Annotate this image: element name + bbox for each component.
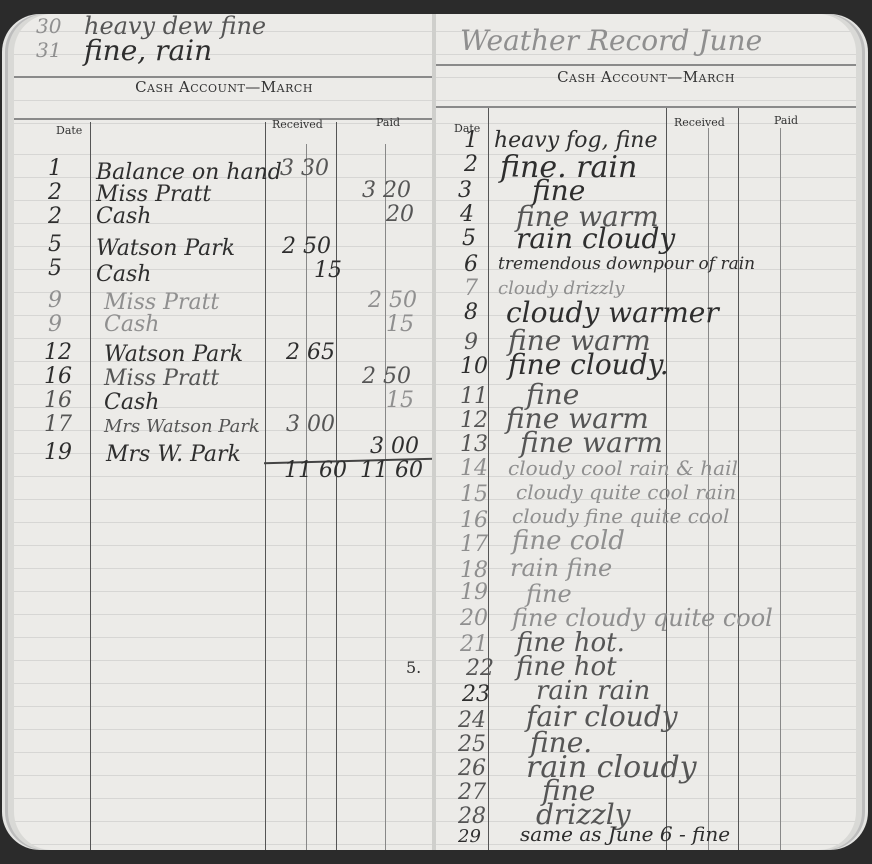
entry-description: Watson Park — [96, 236, 235, 261]
entry-description: Cash — [104, 312, 159, 337]
weather-date: 27 — [458, 780, 486, 805]
entry-date: 16 — [44, 364, 72, 389]
weather-date: 26 — [458, 756, 486, 781]
entry-date: 17 — [44, 412, 72, 437]
weather-text: cloudy cool rain & hail — [508, 456, 738, 480]
header-rule — [14, 118, 434, 120]
entry-description: Mrs Watson Park — [104, 416, 260, 437]
paid-cents-rule — [385, 144, 386, 850]
header-rule — [436, 106, 856, 108]
paid-column-header: Paid — [774, 114, 798, 127]
weather-date: 12 — [460, 408, 488, 433]
entry-date: 16 — [44, 388, 72, 413]
weather-date: 9 — [464, 330, 478, 355]
entry-date: 2 — [48, 204, 62, 229]
entry-date: 12 — [44, 340, 72, 365]
weather-date: 21 — [460, 632, 488, 657]
weather-date: 1 — [464, 128, 478, 153]
total-paid: 11 60 — [360, 458, 423, 483]
top-note-date: 31 — [36, 38, 61, 62]
left-page-title: Cash Account—March — [14, 78, 434, 96]
left-page: Cash Account—March Date Received Paid 30… — [14, 14, 434, 850]
weather-date: 8 — [464, 300, 478, 325]
weather-date: 4 — [460, 202, 474, 227]
date-column-rule — [488, 108, 489, 850]
entry-description: Mrs W. Park — [106, 442, 241, 467]
weather-text: fine cloudy. — [508, 348, 669, 381]
entry-description: Cash — [96, 204, 151, 229]
received-column-header: Received — [674, 116, 725, 129]
entry-date: 5 — [48, 232, 62, 257]
top-note-text: fine, rain — [84, 34, 212, 67]
weather-text: cloudy fine quite cool — [512, 504, 729, 528]
entry-received: 3 00 — [286, 412, 335, 437]
weather-date: 13 — [460, 432, 488, 457]
entry-paid: 3 20 — [362, 178, 411, 203]
entry-paid: 2 50 — [362, 364, 411, 389]
entry-date: 19 — [44, 440, 72, 465]
title-rule-top — [436, 64, 856, 66]
date-column-header: Date — [56, 124, 82, 137]
weather-date: 5 — [462, 226, 476, 251]
weather-date: 20 — [460, 606, 488, 631]
entry-date: 9 — [48, 312, 62, 337]
entry-received: 3 30 — [280, 156, 329, 181]
weather-date: 6 — [464, 252, 478, 277]
entry-received: 15 — [314, 258, 342, 283]
total-received: 11 60 — [284, 458, 347, 483]
entry-date: 5 — [48, 256, 62, 281]
entry-date: 1 — [48, 156, 62, 181]
weather-text: cloudy quite cool rain — [516, 480, 736, 504]
entry-description: Watson Park — [104, 342, 243, 367]
date-column-rule — [90, 122, 91, 850]
weather-date: 17 — [460, 532, 488, 557]
weather-date: 2 — [464, 152, 478, 177]
weather-date: 3 — [458, 178, 472, 203]
entry-paid: 3 00 — [370, 434, 419, 459]
right-page: Weather Record June Cash Account—March D… — [436, 14, 856, 850]
paid-cents-rule — [780, 128, 781, 850]
weather-date: 22 — [466, 656, 494, 681]
entry-date: 9 — [48, 288, 62, 313]
weather-text: rain fine — [510, 554, 612, 582]
margin-mark: 5. — [406, 658, 421, 677]
right-page-title: Cash Account—March — [436, 68, 856, 86]
received-column-rule — [265, 122, 266, 850]
entry-description: Cash — [96, 262, 151, 287]
weather-text: rain cloudy — [516, 222, 675, 255]
weather-record-heading: Weather Record June — [460, 24, 762, 57]
weather-date: 24 — [458, 708, 486, 733]
weather-text: same as June 6 - fine — [520, 822, 730, 846]
weather-date: 7 — [464, 276, 478, 301]
weather-date: 19 — [460, 580, 488, 605]
weather-text: fine cold — [512, 526, 625, 556]
open-notebook: Cash Account—March Date Received Paid 30… — [0, 0, 872, 864]
paid-column-rule — [336, 122, 337, 850]
entry-paid: 20 — [386, 202, 414, 227]
top-note-date: 30 — [36, 14, 61, 38]
weather-date: 23 — [462, 682, 490, 707]
entry-description: Miss Pratt — [104, 366, 219, 391]
entry-received: 2 65 — [286, 340, 335, 365]
weather-date: 16 — [460, 508, 488, 533]
weather-date: 29 — [458, 826, 481, 847]
weather-date: 25 — [458, 732, 486, 757]
received-column-header: Received — [272, 118, 323, 131]
entry-paid: 2 50 — [368, 288, 417, 313]
weather-text: tremendous downpour of rain — [498, 254, 755, 274]
weather-date: 15 — [460, 482, 488, 507]
entry-date: 2 — [48, 180, 62, 205]
weather-date: 10 — [460, 354, 488, 379]
weather-date: 14 — [460, 456, 488, 481]
entry-received: 2 50 — [282, 234, 331, 259]
weather-date: 11 — [460, 384, 488, 409]
weather-text: fine warm — [520, 426, 663, 459]
entry-paid: 15 — [386, 312, 414, 337]
entry-description: Cash — [104, 390, 159, 415]
paid-column-rule — [738, 108, 739, 850]
paid-column-header: Paid — [376, 116, 400, 129]
entry-paid: 15 — [386, 388, 414, 413]
